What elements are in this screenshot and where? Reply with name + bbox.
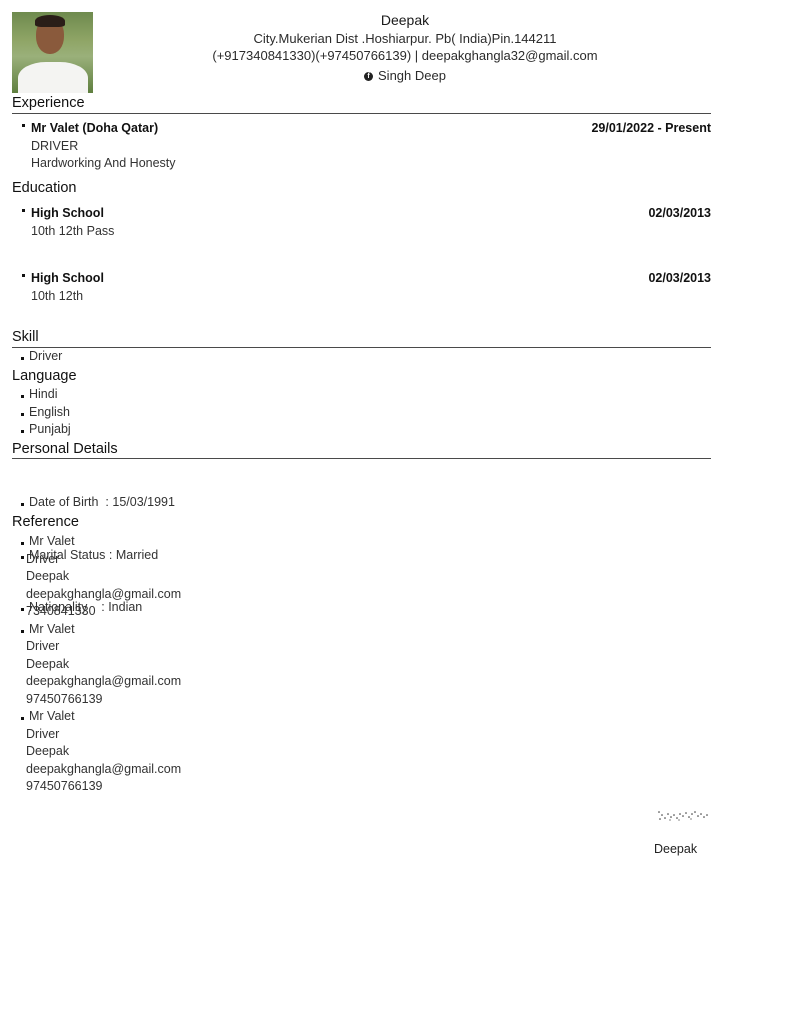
skill-list: Driver (20, 348, 62, 366)
reference-phone: 97450766139 (20, 778, 181, 796)
facebook-icon: f (364, 72, 373, 81)
date-of-birth: Date of Birth : 15/03/1991 (20, 494, 175, 512)
reference-position: Driver (20, 638, 181, 656)
reference-list: Mr Valet Driver Deepak deepakghangla@gma… (20, 533, 181, 796)
photo-hair (35, 15, 65, 27)
social-link[interactable]: f Singh Deep (364, 67, 446, 85)
reference-entry: Mr Valet Driver Deepak deepakghangla@gma… (20, 621, 181, 709)
photo-shirt (18, 62, 88, 93)
language-item: Hindi (20, 386, 71, 404)
reference-entry: Mr Valet Driver Deepak deepakghangla@gma… (20, 533, 181, 621)
education-detail: 10th 12th Pass (20, 223, 711, 241)
school-name: High School (20, 205, 104, 223)
job-role: DRIVER (20, 138, 711, 156)
reference-name: Mr Valet (20, 708, 181, 726)
education-date: 02/03/2013 (648, 205, 711, 223)
skill-item: Driver (20, 348, 62, 366)
education-entry: High School 02/03/2013 10th 12th Pass (20, 205, 711, 240)
section-divider (12, 113, 711, 114)
section-title-personal-details: Personal Details (12, 440, 118, 458)
reference-email[interactable]: deepakghangla@gmail.com (20, 761, 181, 779)
school-name: High School (20, 270, 104, 288)
signature-image (655, 806, 715, 826)
reference-phone: 7340841330 (20, 603, 181, 621)
section-title-language: Language (12, 367, 77, 385)
reference-email[interactable]: deepakghangla@gmail.com (20, 673, 181, 691)
address: City.Mukerian Dist .Hoshiarpur. Pb( Indi… (190, 30, 620, 48)
section-title-experience: Experience (12, 94, 85, 112)
employer: Mr Valet (Doha Qatar) (20, 120, 158, 138)
resume-header: Deepak City.Mukerian Dist .Hoshiarpur. P… (190, 12, 620, 85)
reference-position: Driver (20, 551, 181, 569)
reference-email[interactable]: deepakghangla@gmail.com (20, 586, 181, 604)
section-title-skill: Skill (12, 328, 39, 346)
reference-phone: 97450766139 (20, 691, 181, 709)
section-title-reference: Reference (12, 513, 79, 531)
education-detail: 10th 12th (20, 288, 711, 306)
reference-position: Driver (20, 726, 181, 744)
reference-name: Mr Valet (20, 533, 181, 551)
reference-entry: Mr Valet Driver Deepak deepakghangla@gma… (20, 708, 181, 796)
language-item: English (20, 404, 71, 422)
language-list: Hindi English Punjabj (20, 386, 71, 439)
job-description: Hardworking And Honesty (20, 155, 711, 173)
signature-name: Deepak (654, 842, 697, 856)
language-item: Punjabj (20, 421, 71, 439)
reference-contact-person: Deepak (20, 656, 181, 674)
experience-entry: Mr Valet (Doha Qatar) 29/01/2022 - Prese… (20, 120, 711, 173)
education-date: 02/03/2013 (648, 270, 711, 288)
profile-photo (12, 12, 93, 93)
education-entry: High School 02/03/2013 10th 12th (20, 270, 711, 305)
contact-line: (+917340841330)(+97450766139) | deepakgh… (190, 47, 620, 65)
candidate-name: Deepak (190, 12, 620, 30)
section-divider (12, 347, 711, 348)
social-name: Singh Deep (378, 67, 446, 85)
reference-contact-person: Deepak (20, 568, 181, 586)
section-title-education: Education (12, 179, 77, 197)
employment-dates: 29/01/2022 - Present (591, 120, 711, 138)
reference-contact-person: Deepak (20, 743, 181, 761)
reference-name: Mr Valet (20, 621, 181, 639)
